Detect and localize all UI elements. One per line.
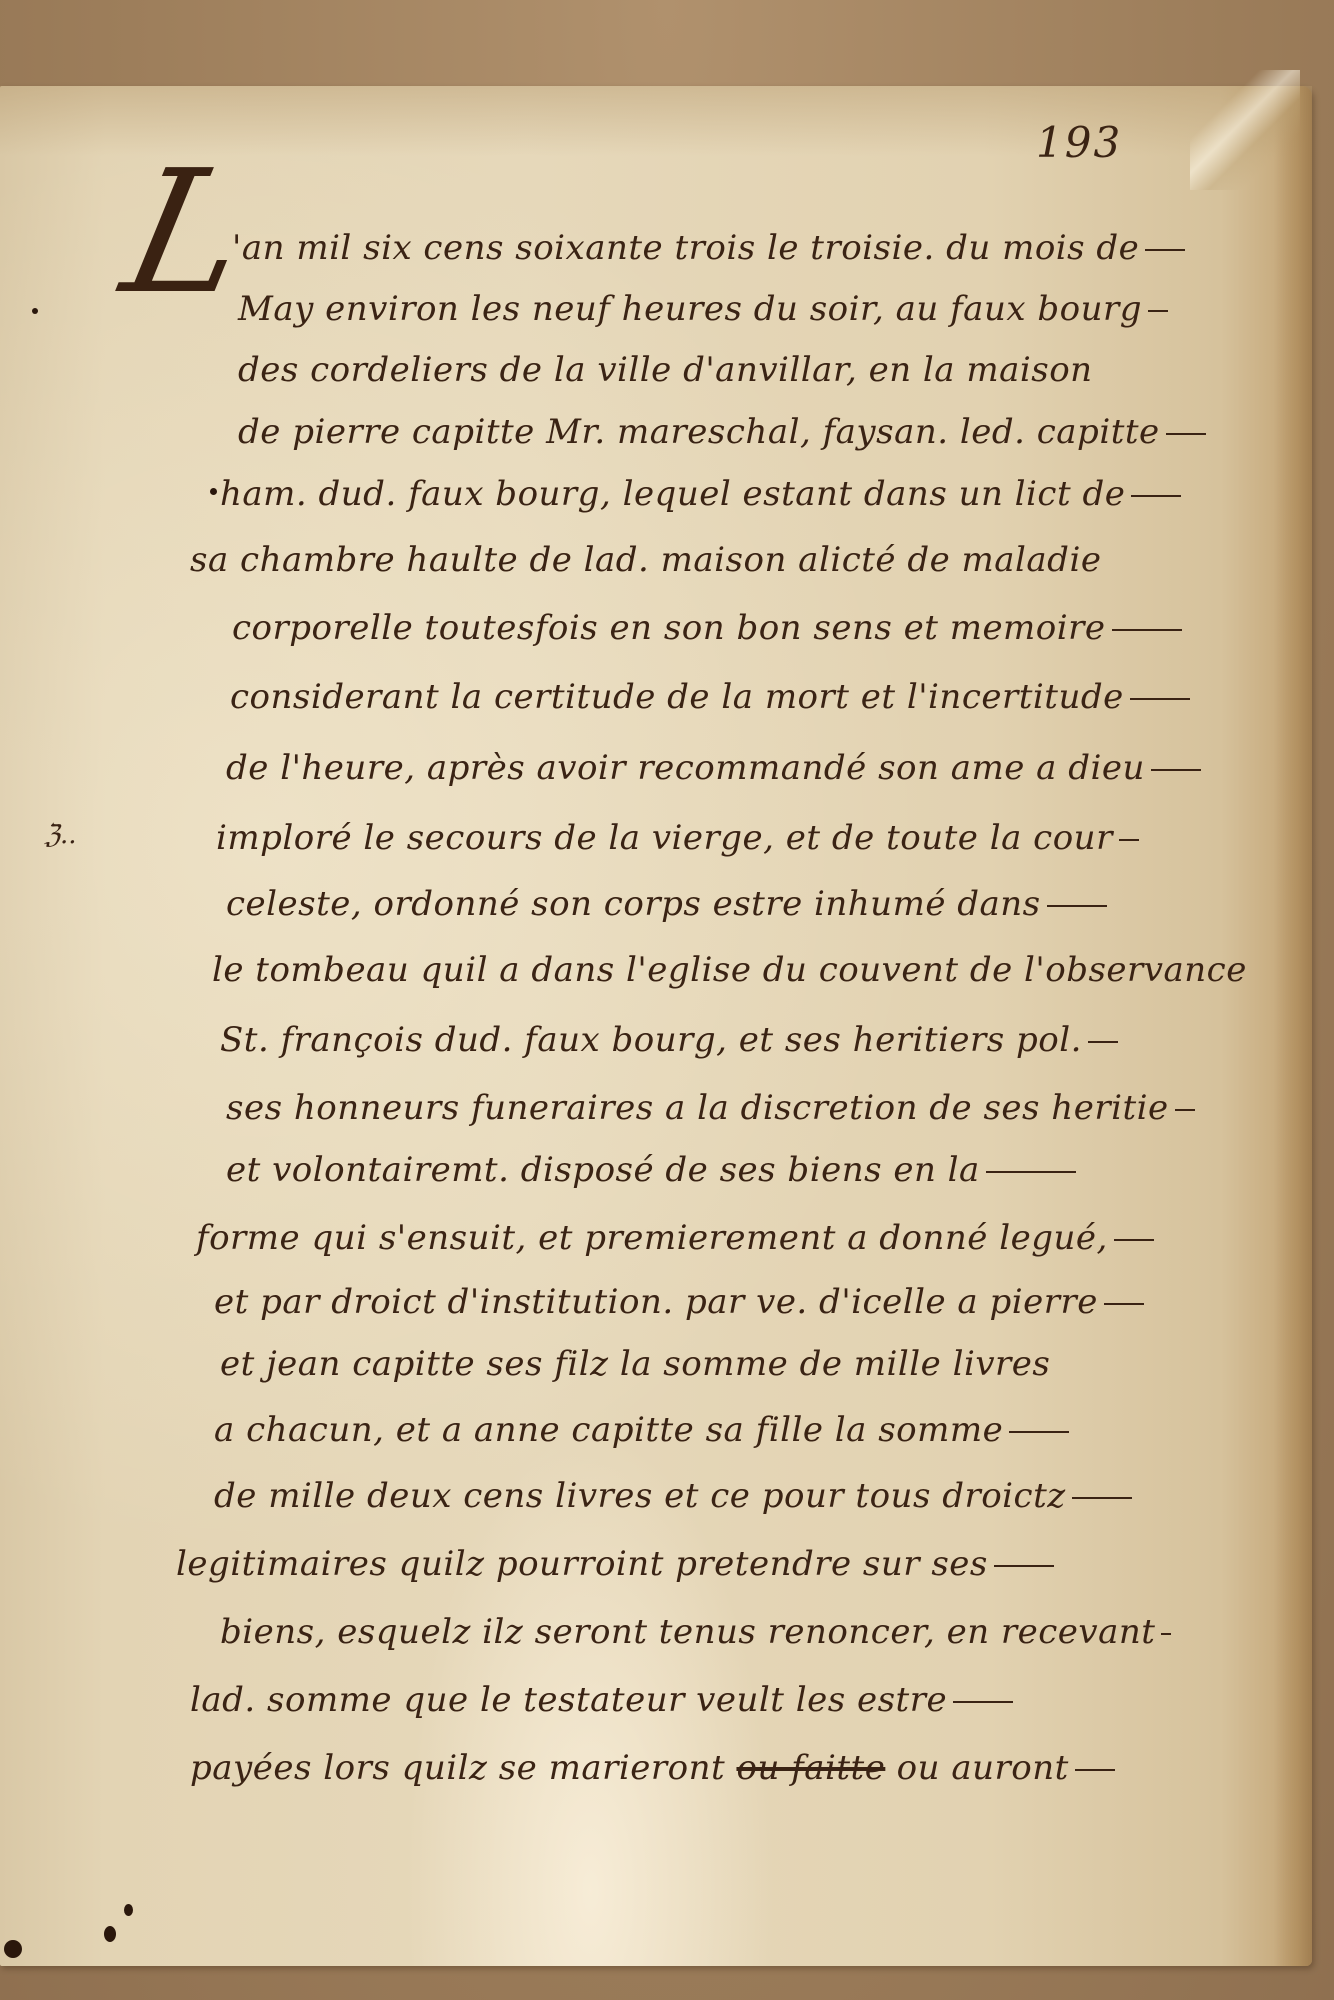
text-line-4: de pierre capitte Mr. mareschal, faysan.… (238, 412, 1206, 452)
line-filler-stroke (1145, 249, 1185, 251)
line-filler-stroke (1114, 1239, 1154, 1241)
line-text: corporelle toutesfois en son bon sens et… (232, 608, 1106, 648)
line-text: payées lors quilz se marieront (190, 1748, 725, 1788)
line-filler-stroke (986, 1171, 1076, 1173)
line-filler-stroke (1075, 1769, 1115, 1771)
line-filler-stroke (1072, 1497, 1132, 1499)
line-text: biens, esquelz ilz seront tenus renoncer… (220, 1612, 1155, 1652)
line-text: lad. somme que le testateur veult les es… (190, 1680, 947, 1720)
ink-dot (32, 308, 38, 314)
line-text: considerant la certitude de la mort et l… (230, 677, 1124, 717)
manuscript-text: 'an mil six cens soixante trois le trois… (0, 0, 1334, 2000)
line-filler-stroke (1151, 769, 1201, 771)
line-text: et volontairemt. disposé de ses biens en… (226, 1150, 980, 1190)
text-line-6: sa chambre haulte de lad. maison alicté … (190, 540, 1101, 580)
line-text: a chacun, et a anne capitte sa fille la … (214, 1410, 1003, 1450)
line-filler-stroke (1088, 1041, 1118, 1043)
text-line-18: et jean capitte ses filz la somme de mil… (220, 1344, 1050, 1384)
line-text: 'an mil six cens soixante trois le trois… (232, 228, 1139, 268)
line-text: celeste, ordonné son corps estre inhumé … (226, 884, 1041, 924)
line-filler-stroke (1131, 495, 1181, 497)
text-line-15: et volontairemt. disposé de ses biens en… (226, 1150, 1076, 1190)
line-text: des cordeliers de la ville d'anvillar, e… (238, 350, 1093, 390)
text-line-24: payées lors quilz se marieront ou faitte… (190, 1748, 1115, 1788)
line-text: de pierre capitte Mr. mareschal, faysan.… (238, 412, 1160, 452)
line-text: de mille deux cens livres et ce pour tou… (214, 1476, 1066, 1516)
text-line-21: legitimaires quilz pourroint pretendre s… (176, 1544, 1054, 1584)
text-line-1: 'an mil six cens soixante trois le trois… (232, 228, 1185, 268)
ink-blot (104, 1926, 116, 1942)
line-text: et par droict d'institution. par ve. d'i… (214, 1282, 1098, 1322)
text-line-23: lad. somme que le testateur veult les es… (190, 1680, 1013, 1720)
line-text: ses honneurs funeraires a la discretion … (226, 1088, 1169, 1128)
text-line-17: et par droict d'institution. par ve. d'i… (214, 1282, 1144, 1322)
line-filler-stroke (1166, 433, 1206, 435)
line-filler-stroke (994, 1565, 1054, 1567)
text-line-3: des cordeliers de la ville d'anvillar, e… (238, 350, 1093, 390)
line-filler-stroke (1119, 839, 1139, 841)
text-line-22: biens, esquelz ilz seront tenus renoncer… (220, 1612, 1171, 1652)
line-text: de l'heure, après avoir recommandé son a… (226, 748, 1145, 788)
text-line-5: ham. dud. faux bourg, lequel estant dans… (220, 474, 1181, 514)
text-line-9: de l'heure, après avoir recommandé son a… (226, 748, 1201, 788)
line-filler-stroke (1047, 905, 1107, 907)
photo-background: 193 L 'an mil six cens soixante trois le… (0, 0, 1334, 2000)
line-filler-stroke (1112, 629, 1182, 631)
text-line-8: considerant la certitude de la mort et l… (230, 677, 1190, 717)
text-line-10: imploré le secours de la vierge, et de t… (216, 818, 1139, 858)
line-text: May environ les neuf heures du soir, au … (238, 289, 1142, 329)
line-text: le tombeau quil a dans l'eglise du couve… (212, 950, 1247, 990)
text-line-14: ses honneurs funeraires a la discretion … (226, 1088, 1195, 1128)
line-filler-stroke (1009, 1431, 1069, 1433)
ink-blot (4, 1940, 22, 1958)
text-line-16: forme qui s'ensuit, et premierement a do… (196, 1218, 1154, 1258)
line-text: legitimaires quilz pourroint pretendre s… (176, 1544, 988, 1584)
line-filler-stroke (1148, 310, 1168, 312)
line-text: et jean capitte ses filz la somme de mil… (220, 1344, 1050, 1384)
text-line-11: celeste, ordonné son corps estre inhumé … (226, 884, 1107, 924)
line-filler-stroke (953, 1701, 1013, 1703)
text-line-12: le tombeau quil a dans l'eglise du couve… (212, 950, 1247, 990)
line-filler-stroke (1161, 1633, 1171, 1635)
text-line-13: St. françois dud. faux bourg, et ses her… (220, 1020, 1118, 1060)
line-text: ou auront (897, 1748, 1069, 1788)
ink-blot (124, 1904, 133, 1916)
ink-dot (210, 488, 217, 495)
line-text: imploré le secours de la vierge, et de t… (216, 818, 1113, 858)
line-text: St. françois dud. faux bourg, et ses her… (220, 1020, 1082, 1060)
line-filler-stroke (1104, 1303, 1144, 1305)
line-text: forme qui s'ensuit, et premierement a do… (196, 1218, 1108, 1258)
line-filler-stroke (1130, 698, 1190, 700)
line-filler-stroke (1175, 1109, 1195, 1111)
text-line-7: corporelle toutesfois en son bon sens et… (232, 608, 1182, 648)
struck-word: ou faitte (736, 1748, 885, 1788)
line-text: sa chambre haulte de lad. maison alicté … (190, 540, 1101, 580)
line-text: ham. dud. faux bourg, lequel estant dans… (220, 474, 1125, 514)
text-line-2: May environ les neuf heures du soir, au … (238, 289, 1168, 329)
text-line-20: de mille deux cens livres et ce pour tou… (214, 1476, 1132, 1516)
text-line-19: a chacun, et a anne capitte sa fille la … (214, 1410, 1069, 1450)
margin-note: ℨ.. (44, 820, 77, 850)
